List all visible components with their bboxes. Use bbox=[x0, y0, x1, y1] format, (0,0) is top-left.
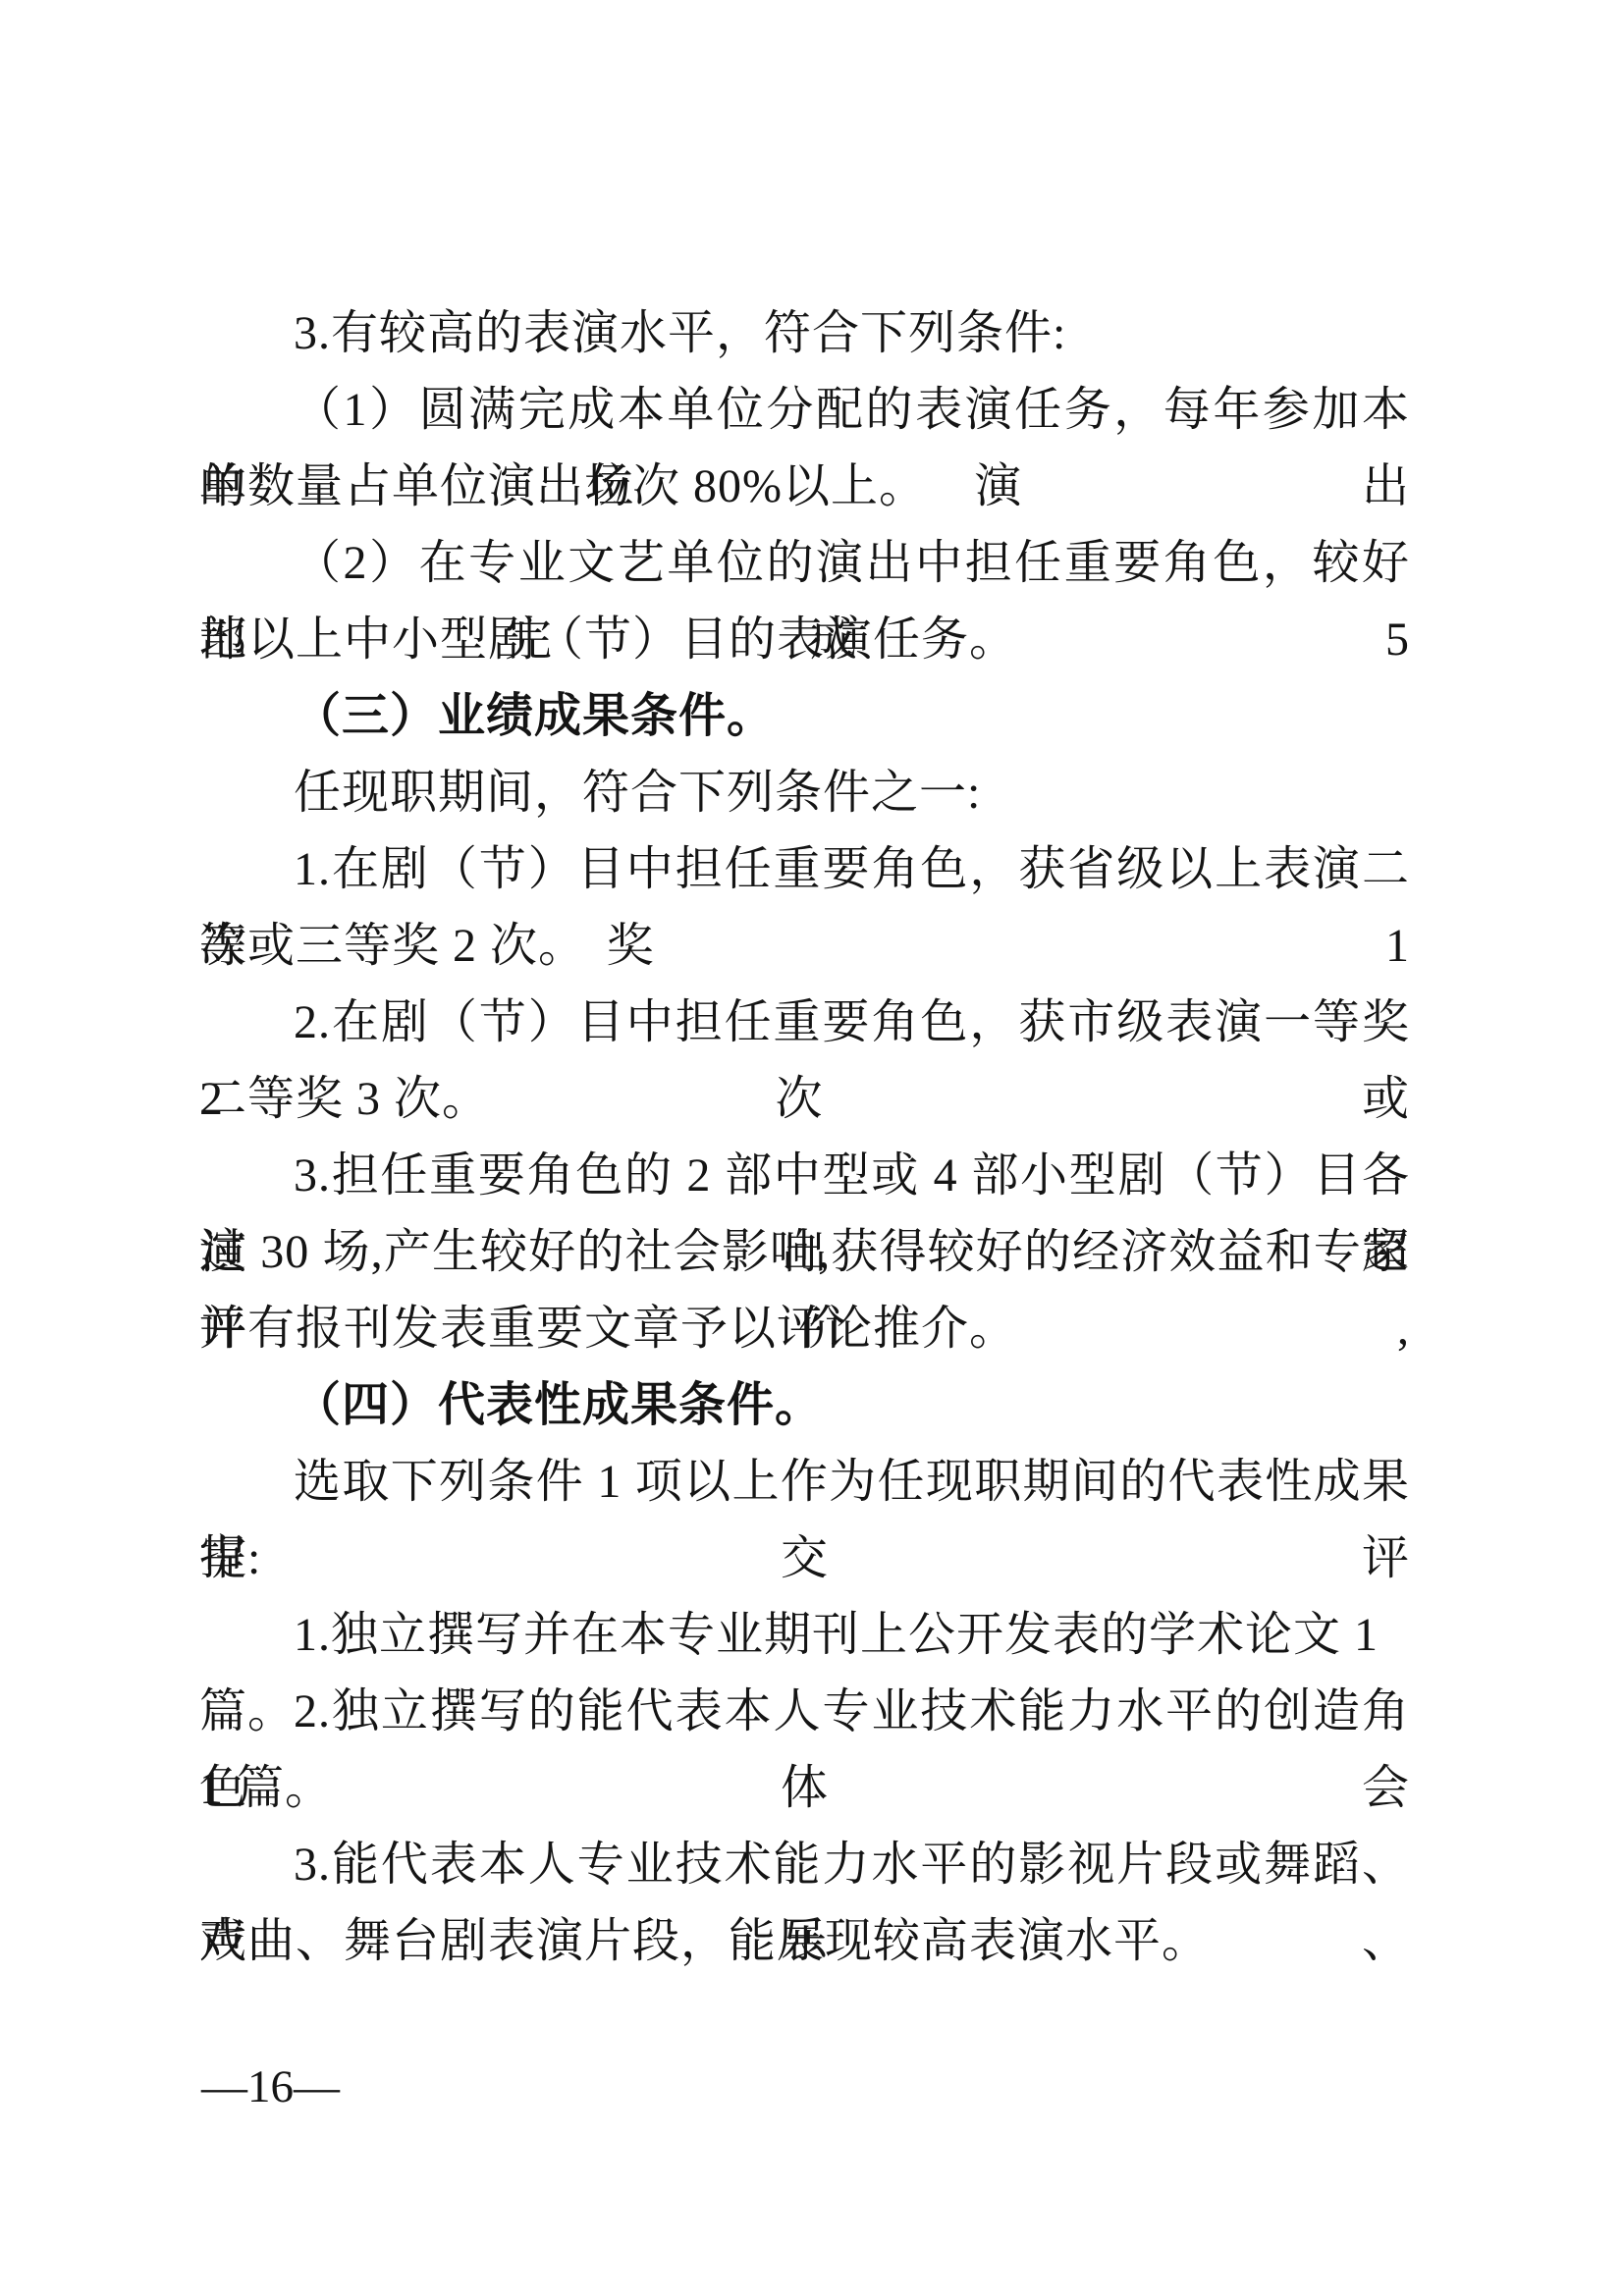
text-line: 2.在剧（节）目中担任重要角色，获市级表演一等奖 2 次或 bbox=[199, 985, 1410, 1061]
text-line: 3.能代表本人专业技术能力水平的影视片段或舞蹈、声乐、 bbox=[199, 1827, 1410, 1903]
document-body-text: 3.有较高的表演水平，符合下列条件:（1）圆满完成本单位分配的表演任务，每年参加… bbox=[199, 295, 1410, 1980]
text-line: 3.有较高的表演水平，符合下列条件: bbox=[199, 295, 1410, 372]
document-page: 3.有较高的表演水平，符合下列条件:（1）圆满完成本单位分配的表演任务，每年参加… bbox=[0, 0, 1623, 2296]
text-line: 1.独立撰写并在本专业期刊上公开发表的学术论文 1 篇。 bbox=[199, 1597, 1410, 1674]
text-line: 1.在剧（节）目中担任重要角色，获省级以上表演二等奖 1 bbox=[199, 831, 1410, 908]
text-line: 选取下列条件 1 项以上作为任现职期间的代表性成果提交评 bbox=[199, 1444, 1410, 1521]
text-line: （四）代表性成果条件。 bbox=[199, 1367, 1410, 1444]
text-line: 2.独立撰写的能代表本人专业技术能力水平的创造角色体会 bbox=[199, 1674, 1410, 1750]
text-line: 3.担任重要角色的 2 部中型或 4 部小型剧（节）目各演出超 bbox=[199, 1138, 1410, 1214]
text-line: 过 30 场,产生较好的社会影响,获得较好的经济效益和专家评价, bbox=[199, 1214, 1410, 1291]
text-line: （2）在专业文艺单位的演出中担任重要角色，较好地完成 5 bbox=[199, 525, 1410, 602]
text-line: （1）圆满完成本单位分配的表演任务，每年参加本单位演出 bbox=[199, 372, 1410, 449]
text-line: 任现职期间，符合下列条件之一: bbox=[199, 755, 1410, 831]
text-line: （三）业绩成果条件。 bbox=[199, 678, 1410, 755]
page-number: —16— bbox=[201, 2057, 340, 2116]
